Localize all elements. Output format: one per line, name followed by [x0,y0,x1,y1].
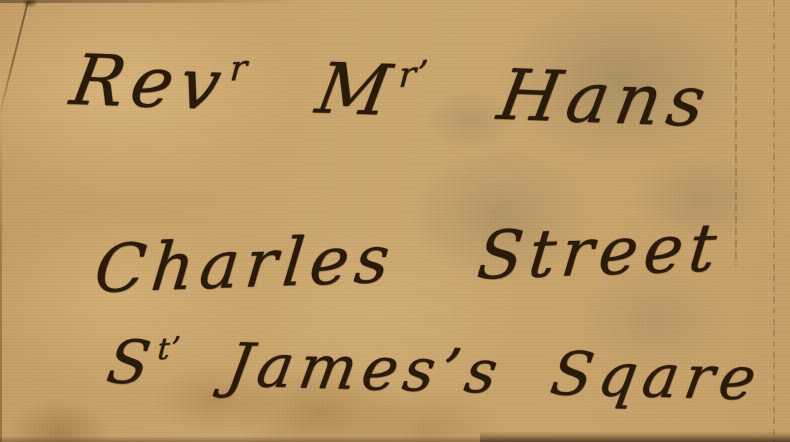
saint-superscript: t’ [156,331,182,368]
photograph-of-handwritten-address: Revr Mr’ Hans Charles Street St’ James’s… [0,0,790,442]
fold-line-right-outer [773,0,775,442]
recipient-title: M [311,48,404,132]
recipient-surname: Hans [492,54,718,143]
street-word: Street [474,209,726,295]
square-word: Sqare [546,339,767,414]
paper-edge-left [0,110,2,442]
paper-edge-bottom-right-shadow [480,431,790,442]
street-name: Charles [91,220,399,308]
paper-edge-top [0,0,300,3]
saint-abbreviation: S [102,328,161,399]
recipient-honorific: Rev [65,39,234,126]
honorific-superscript: r [228,48,249,89]
square-name: James’s [222,331,508,408]
fold-line-right-inner [735,0,737,265]
title-superscript: r’ [398,54,431,96]
